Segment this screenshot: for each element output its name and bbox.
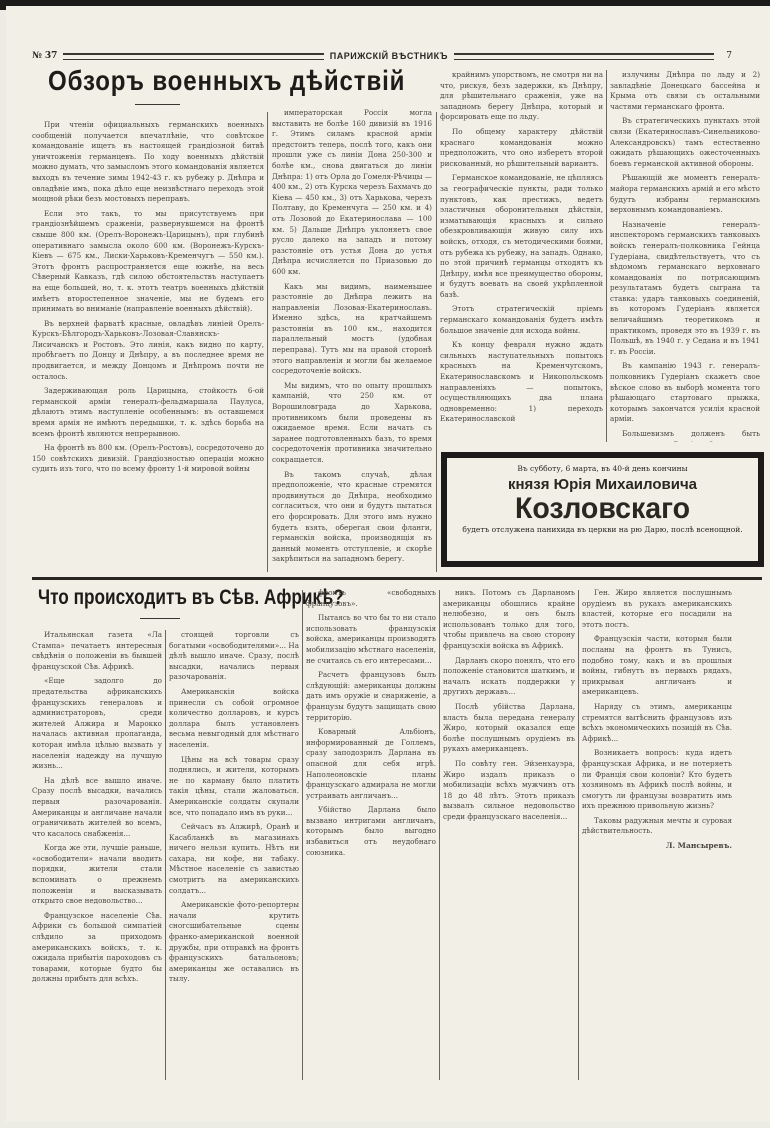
paragraph: По совѣту ген. Эйзенхауэра, Жиро издалъ … [443, 759, 575, 823]
paragraph: Цѣны на всѣ товары сразу поднялись, и жи… [169, 755, 299, 819]
page-header: № 37 ПАРИЖСКІЙ ВѢСТНИКЪ 7 [32, 49, 732, 63]
paragraph: Какъ мы видимъ, наименьшее разстояніе до… [272, 282, 432, 377]
paragraph: Американскіе фото-репортеры начали крути… [169, 900, 299, 985]
column-divider [606, 70, 607, 442]
column-divider [578, 590, 579, 1080]
paragraph: По общему характеру дѣйствій краснаго ко… [440, 127, 603, 169]
paragraph: Въ верхней фарватѣ красные, овладѣвъ лин… [32, 319, 264, 383]
paragraph: Расчетъ французовъ былъ слѣдующій: амери… [306, 670, 436, 723]
page-number: 7 [726, 51, 732, 61]
column-divider [302, 590, 303, 1080]
paragraph: Ген. Жиро является послушнымъ орудіемъ в… [582, 588, 732, 630]
header-rule-left [63, 53, 323, 60]
paragraph: Пытаясь во что бы то ни стало использова… [306, 613, 436, 666]
paragraph: Въ такомъ случаѣ, дѣлая предположеніе, ч… [272, 470, 432, 565]
paragraph: Послѣ убійства Дарлана, власть была пере… [443, 702, 575, 755]
issue-number: № 37 [32, 51, 57, 61]
paragraph: Задерживающая роль Царицына, стойкость 6… [32, 386, 264, 439]
article2-headline: Что происходитъ въ Сѣв. Африкѣ? [38, 586, 344, 610]
paragraph: «Еще задолго до предательства африкански… [32, 676, 162, 771]
article2-signature: Л. Мансыревъ. [582, 841, 732, 852]
paragraph: Рѣшающій же моментъ генералъ-майора герм… [610, 173, 760, 215]
article1-headline: Обзоръ военныхъ дѣйствій [48, 65, 405, 97]
paragraph: Въ кампанію 1943 г. генералъ-полковникъ … [610, 361, 760, 425]
paragraph: Таковы радужныя мечты и суровая дѣйствит… [582, 816, 732, 837]
newspaper-title: ПАРИЖСКІЙ ВѢСТНИКЪ [330, 51, 448, 61]
column-divider [436, 112, 437, 572]
article1-col5: излучины Днѣпра по льду и 2) завладѣніе … [610, 70, 760, 442]
paragraph: излучины Днѣпра по льду и 2) завладѣніе … [610, 70, 760, 112]
article2-col3: фронтъ «свободныхъ французовъ».Пытаясь в… [306, 588, 436, 1088]
paragraph: Мы видимъ, что по опыту прошлыхъ кампані… [272, 381, 432, 466]
paragraph: Большевизмъ долженъ быть уничтоженъ въ Р… [610, 429, 760, 442]
paragraph: Французское населеніе Сѣв. Африки съ бол… [32, 911, 162, 985]
headline-underline [135, 104, 180, 105]
article2-col1: Итальянская газета «Ла Стампа» печатаетъ… [32, 630, 162, 1090]
article1-col4: крайнимъ упорствомъ, не смотря ни на что… [440, 70, 603, 442]
paragraph: При чтеніи официальныхъ германскихъ воен… [32, 120, 264, 205]
paragraph: Если это такъ, то мы присутствуемъ при г… [32, 209, 264, 315]
notice-line1: Въ субботу, 6 марта, въ 40-й день кончин… [447, 464, 758, 473]
article1-col2: императорская Россія могла выставить не … [272, 108, 432, 572]
paragraph: крайнимъ упорствомъ, не смотря ни на что… [440, 70, 603, 123]
paragraph: никъ. Потомъ съ Дарланомъ американцы обо… [443, 588, 575, 652]
paragraph: Дарланъ скоро понялъ, что его положеніе … [443, 656, 575, 698]
article2-col5-text: Ген. Жиро является послушнымъ орудіемъ в… [582, 588, 732, 837]
paragraph: Коварный Альбіонъ, информированный де Го… [306, 727, 436, 801]
paragraph: Въ стратегическихъ пунктахъ этой связи (… [610, 116, 760, 169]
paragraph: императорская Россія могла выставить не … [272, 108, 432, 278]
section-separator [32, 577, 762, 583]
memorial-notice: Въ субботу, 6 марта, въ 40-й день кончин… [441, 452, 764, 567]
paragraph: Къ концу февраля нужно ждать сильныхъ на… [440, 340, 603, 425]
paragraph: Французскія части, которыя были посланы … [582, 634, 732, 698]
paragraph: стоящей торговли съ богатыми «освободите… [169, 630, 299, 683]
paragraph: Когда же эти, лучшіе раньше, «освободите… [32, 843, 162, 907]
paragraph: Сейчасъ въ Алжирѣ, Оранѣ и Касабланкѣ въ… [169, 822, 299, 896]
article1-col1: При чтеніи официальныхъ германскихъ воен… [32, 120, 264, 572]
paragraph: Назначеніе генералъ-инспекторомъ германс… [610, 220, 760, 358]
paragraph: Американскія войска принесли съ собой ог… [169, 687, 299, 751]
paragraph: Итальянская газета «Ла Стампа» печатаетъ… [32, 630, 162, 672]
header-rule-right [454, 53, 714, 60]
paragraph: На дѣлѣ все вышло иначе. Сразу послѣ выс… [32, 776, 162, 840]
notice-line2: князя Юрія Михаиловича [447, 476, 758, 493]
paragraph: Наряду съ этимъ, американцы стремятся вы… [582, 702, 732, 744]
article2-col4: никъ. Потомъ съ Дарланомъ американцы обо… [443, 588, 575, 1088]
column-divider [267, 112, 268, 572]
paragraph: На фронтѣ въ 800 км. (Орелъ-Ростовъ), со… [32, 443, 264, 475]
article2-col5: Ген. Жиро является послушнымъ орудіемъ в… [582, 588, 732, 1088]
paragraph: Возникаетъ вопросъ: куда идетъ французск… [582, 748, 732, 812]
column-divider [439, 590, 440, 1080]
column-divider [165, 630, 166, 1080]
notice-line4: будетъ отслужена панихида въ церкви на р… [447, 525, 758, 535]
paragraph: Германское командованіе, не цѣпляясь за … [440, 173, 603, 300]
paragraph: Убійство Дарлана было вызвано интригами … [306, 805, 436, 858]
paragraph: фронтъ «свободныхъ французовъ». [306, 588, 436, 609]
headline-underline [140, 618, 180, 619]
paragraph: Этотъ стратегическій пріемъ германскаго … [440, 304, 603, 336]
article2-col2: стоящей торговли съ богатыми «освободите… [169, 630, 299, 1090]
notice-name: Козловскаго [455, 493, 750, 525]
article1-col5-text: излучины Днѣпра по льду и 2) завладѣніе … [610, 70, 760, 442]
